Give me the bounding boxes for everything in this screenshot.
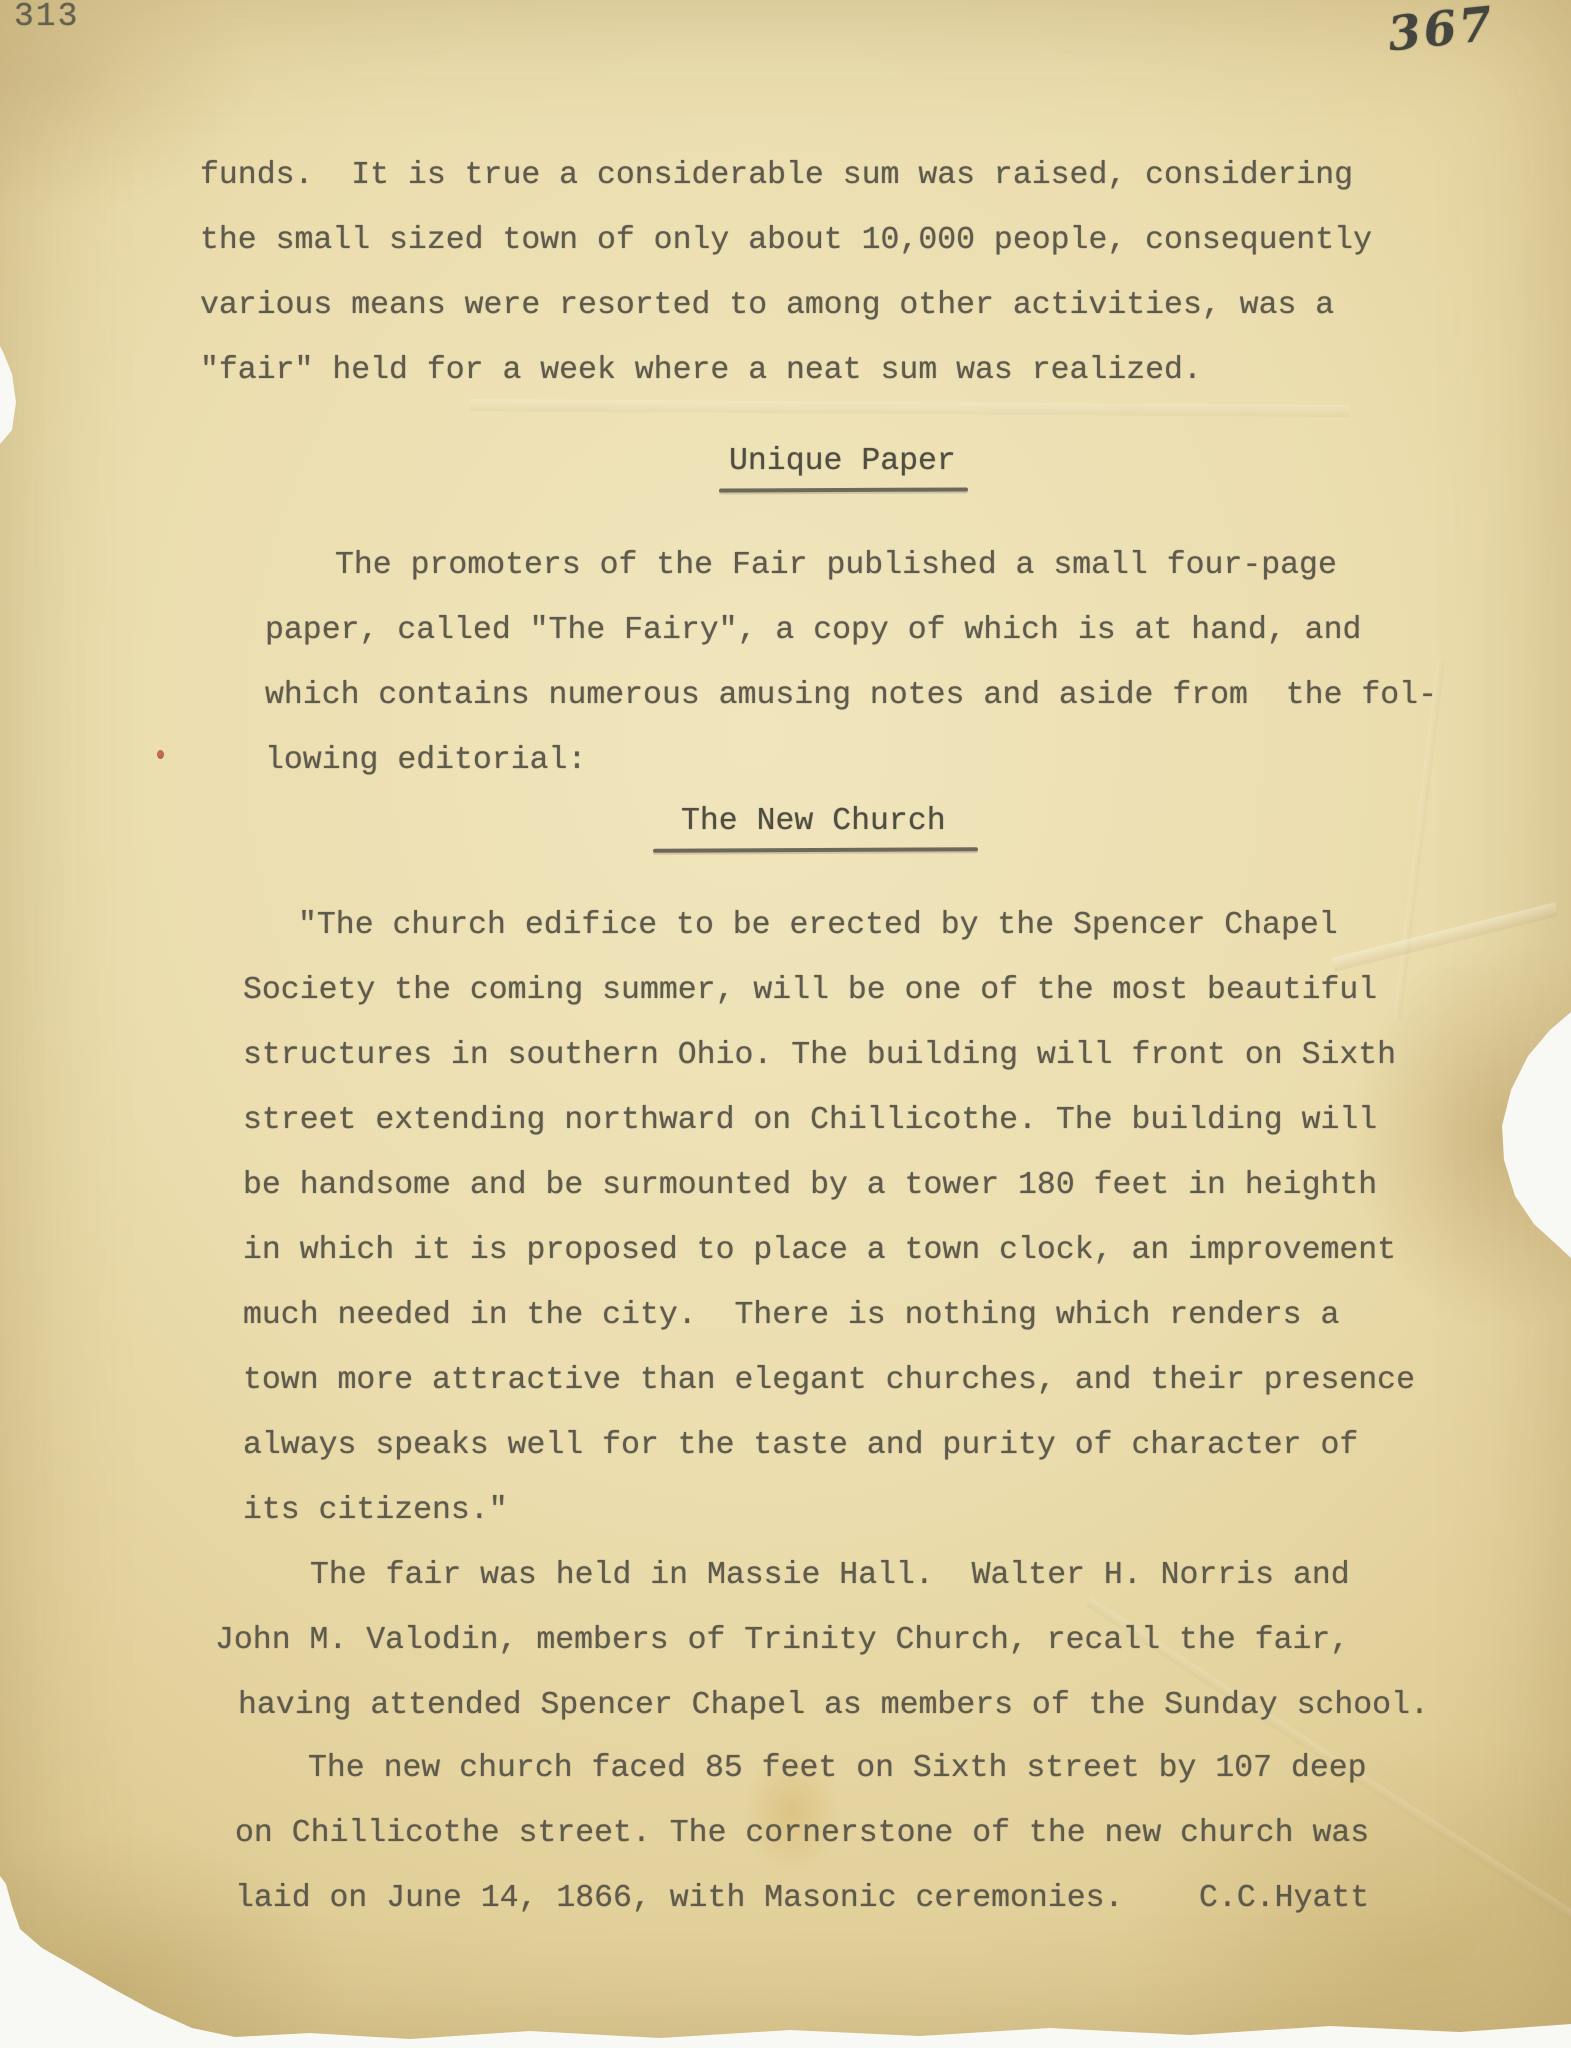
text-line: always speaks well for the taste and pur… — [243, 1413, 1415, 1478]
text-line: various means were resorted to among oth… — [200, 273, 1372, 338]
red-ink-speck — [157, 750, 164, 759]
paragraph: The fair was held in Massie Hall. Walter… — [215, 1543, 1429, 1738]
text-line: the small sized town of only about 10,00… — [200, 208, 1372, 273]
text-line: laid on June 14, 1866, with Masonic cere… — [235, 1866, 1369, 1931]
paragraph: funds. It is true a considerable sum was… — [200, 143, 1372, 403]
text-line: lowing editorial: — [265, 728, 1437, 793]
text-line: which contains numerous amusing notes an… — [265, 663, 1437, 728]
text-line: Society the coming summer, will be one o… — [243, 958, 1415, 1023]
text-line: street extending northward on Chillicoth… — [243, 1088, 1415, 1153]
quoted-editorial-paragraph: "The church edifice to be erected by the… — [243, 893, 1415, 1543]
text-line: its citizens." — [243, 1478, 1415, 1543]
scanned-document-page: 313 367 funds. It is true a considerable… — [0, 0, 1571, 2048]
text-line: The promoters of the Fair published a sm… — [265, 533, 1437, 598]
text-line: much needed in the city. There is nothin… — [243, 1283, 1415, 1348]
paragraph: The promoters of the Fair published a sm… — [265, 533, 1437, 793]
section-heading-unique-paper: Unique Paper — [729, 442, 956, 482]
text-line: having attended Spencer Chapel as member… — [215, 1673, 1429, 1738]
text-line: on Chillicothe street. The cornerstone o… — [235, 1801, 1369, 1866]
text-line: The fair was held in Massie Hall. Walter… — [215, 1543, 1429, 1608]
handwritten-page-number: 367 — [1385, 0, 1497, 62]
text-line: John M. Valodin, members of Trinity Chur… — [215, 1608, 1429, 1673]
text-line: The new church faced 85 feet on Sixth st… — [235, 1736, 1369, 1801]
text-line: structures in southern Ohio. The buildin… — [243, 1023, 1415, 1088]
paragraph: The new church faced 85 feet on Sixth st… — [235, 1736, 1369, 1931]
section-heading-the-new-church: The New Church — [681, 802, 946, 842]
text-line: in which it is proposed to place a town … — [243, 1218, 1415, 1283]
text-line: funds. It is true a considerable sum was… — [200, 143, 1372, 208]
text-line: "The church edifice to be erected by the… — [243, 893, 1415, 958]
typed-page-number: 313 — [14, 0, 79, 35]
text-line: "fair" held for a week where a neat sum … — [200, 338, 1372, 403]
text-line: town more attractive than elegant church… — [243, 1348, 1415, 1413]
text-line: be handsome and be surmounted by a tower… — [243, 1153, 1415, 1218]
paper-sheet: 313 367 funds. It is true a considerable… — [0, 0, 1571, 2048]
text-line: paper, called "The Fairy", a copy of whi… — [265, 598, 1437, 663]
